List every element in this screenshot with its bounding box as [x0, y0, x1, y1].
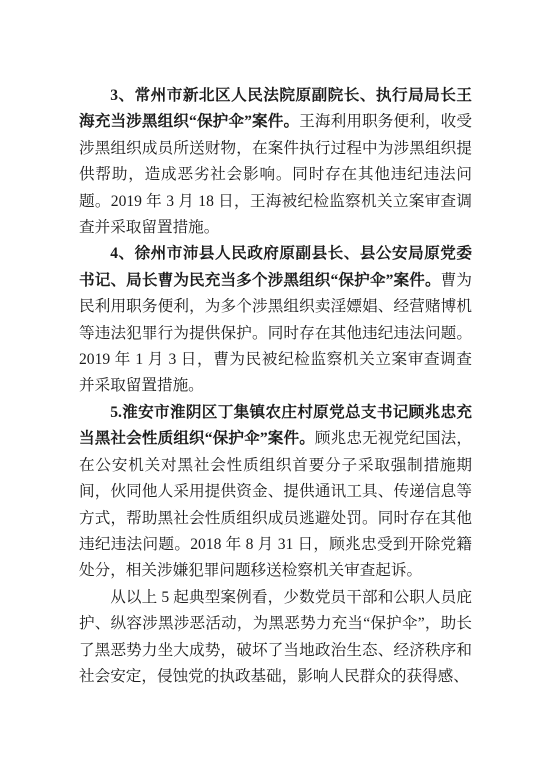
summary-body: 从以上 5 起典型案例看，少数党员干部和公职人员庇护、纵容涉黑涉恶活动，为黑恶势…: [79, 589, 472, 685]
document-body: 3、常州市新北区人民法院原副院长、执行局局长王海充当涉黑组织“保护伞”案件。王海…: [79, 83, 472, 690]
case-4-body: 曹为民利用职务便利，为多个涉黑组织卖淫嫖娼、经营赌博机等违法犯罪行为提供保护。同…: [79, 272, 472, 395]
summary-paragraph: 从以上 5 起典型案例看，少数党员干部和公职人员庇护、纵容涉黑涉恶活动，为黑恶势…: [79, 585, 472, 691]
document-page: 3、常州市新北区人民法院原副院长、执行局局长王海充当涉黑组织“保护伞”案件。王海…: [0, 0, 550, 779]
case-4-title: 4、徐州市沛县人民政府原副县长、县公安局原党委书记、局长曹为民充当多个涉黑组织“…: [79, 245, 472, 288]
case-paragraph-5: 5.淮安市淮阴区丁集镇农庄村原党总支书记顾兆忠充当黑社会性质组织“保护伞”案件。…: [79, 400, 472, 585]
case-5-body: 顾兆忠无视党纪国法，在公安机关对黑社会性质组织首要分子采取强制措施期间，伙同他人…: [79, 430, 472, 579]
case-paragraph-3: 3、常州市新北区人民法院原副院长、执行局局长王海充当涉黑组织“保护伞”案件。王海…: [79, 83, 472, 241]
case-3-body: 王海利用职务便利，收受涉黑组织成员所送财物，在案件执行过程中为涉黑组织提供帮助，…: [79, 113, 472, 236]
case-paragraph-4: 4、徐州市沛县人民政府原副县长、县公安局原党委书记、局长曹为民充当多个涉黑组织“…: [79, 241, 472, 399]
